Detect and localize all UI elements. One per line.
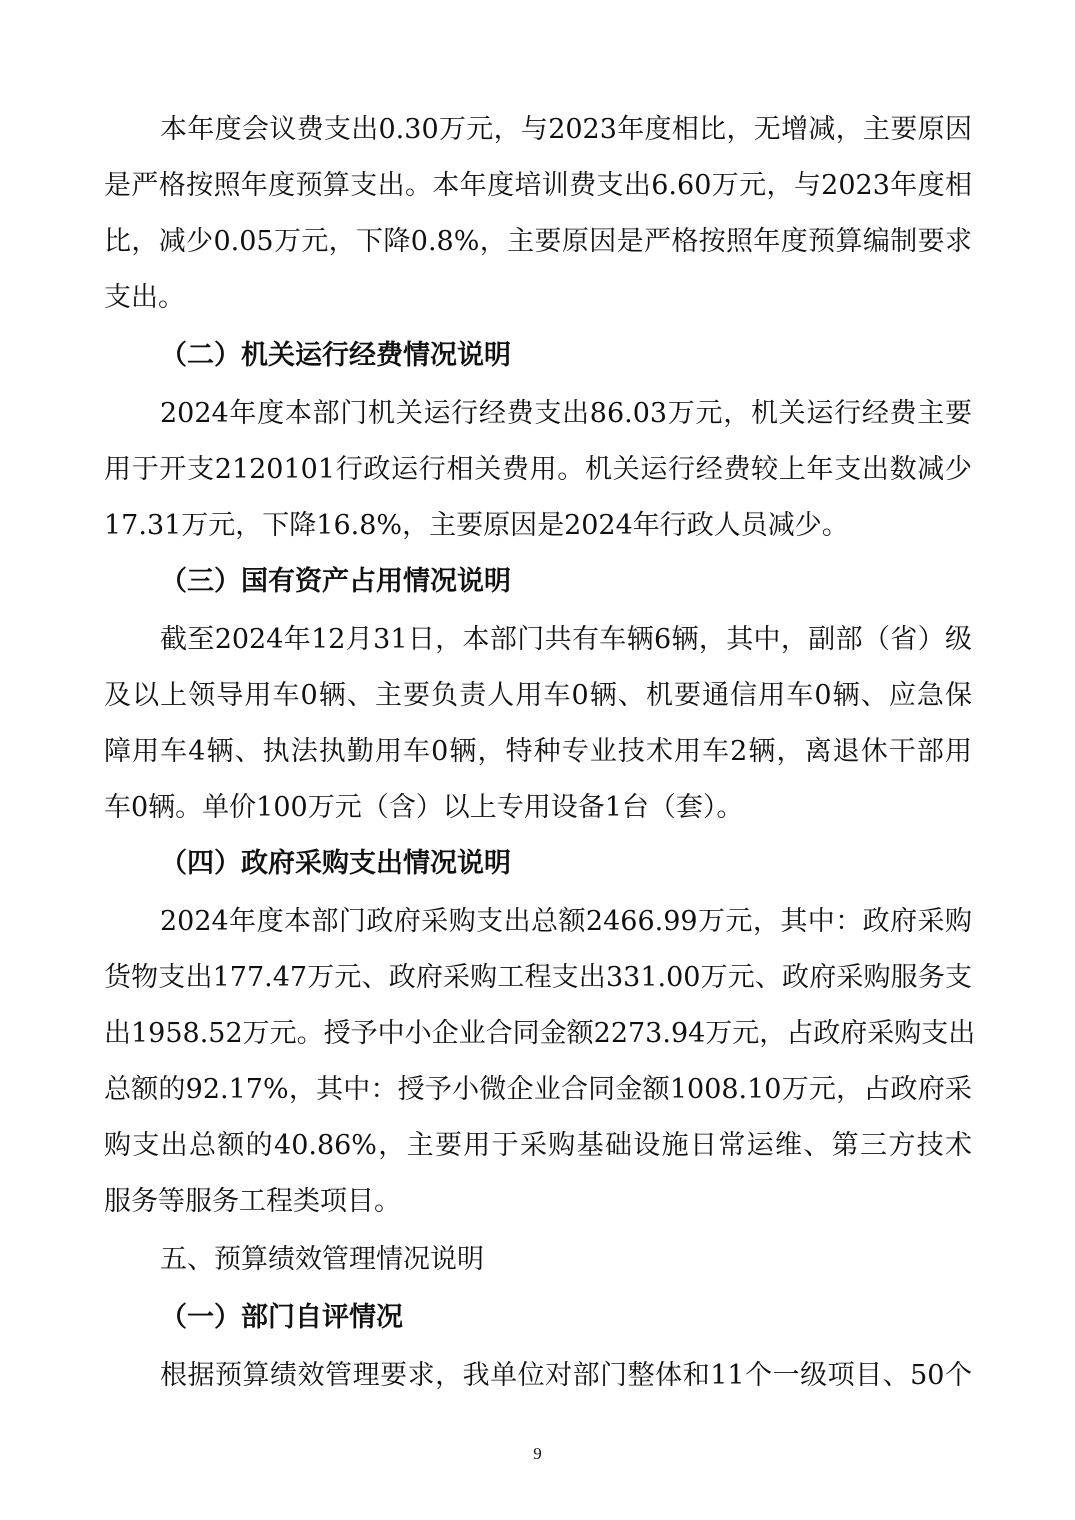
paragraph-line: 障用车4辆、执法执勤用车0辆，特种专业技术用车2辆，离退休干部用: [104, 732, 972, 788]
paragraph-line: 服务等服务工程类项目。: [104, 1182, 972, 1238]
paragraph-line: 货物支出177.47万元、政府采购工程支出331.00万元、政府采购服务支: [104, 958, 972, 1014]
paragraph-line: 及以上领导用车0辆、主要负责人用车0辆、机要通信用车0辆、应急保: [104, 676, 972, 732]
paragraph-line: 车0辆。单价100万元（含）以上专用设备1台（套）。: [104, 788, 972, 844]
paragraph-line: 购支出总额的40.86%，主要用于采购基础设施日常运维、第三方技术: [104, 1126, 972, 1182]
paragraph-line: 17.31万元，下降16.8%，主要原因是2024年行政人员减少。: [104, 506, 972, 562]
section-heading-state-assets: （三）国有资产占用情况说明: [160, 562, 511, 602]
page-number: 9: [0, 1444, 1075, 1464]
paragraph-line: 出1958.52万元。授予中小企业合同金额2273.94万元，占政府采购支出: [104, 1014, 972, 1070]
paragraph-line: 2024年度本部门政府采购支出总额2466.99万元，其中：政府采购: [160, 902, 972, 958]
paragraph-line: 支出。: [104, 278, 972, 334]
section-heading-self-evaluation: （一）部门自评情况: [160, 1298, 403, 1338]
paragraph-line: 根据预算绩效管理要求，我单位对部门整体和11个一级项目、50个: [160, 1356, 972, 1412]
chapter-heading-performance: 五、预算绩效管理情况说明: [160, 1240, 484, 1280]
paragraph-line: 总额的92.17%，其中：授予小微企业合同金额1008.10万元，占政府采: [104, 1070, 972, 1126]
section-heading-operating-funds: （二）机关运行经费情况说明: [160, 336, 511, 376]
paragraph-line: 是严格按照年度预算支出。本年度培训费支出6.60万元，与2023年度相: [104, 166, 972, 222]
paragraph-line: 比，减少0.05万元，下降0.8%，主要原因是严格按照年度预算编制要求: [104, 222, 972, 278]
paragraph-line: 用于开支2120101行政运行相关费用。机关运行经费较上年支出数减少: [104, 450, 972, 506]
section-heading-procurement: （四）政府采购支出情况说明: [160, 844, 511, 884]
paragraph-line: 2024年度本部门机关运行经费支出86.03万元，机关运行经费主要: [160, 394, 972, 450]
paragraph-line: 本年度会议费支出0.30万元，与2023年度相比，无增减，主要原因: [160, 110, 972, 166]
paragraph-line: 截至2024年12月31日，本部门共有车辆6辆，其中，副部（省）级: [160, 620, 972, 676]
